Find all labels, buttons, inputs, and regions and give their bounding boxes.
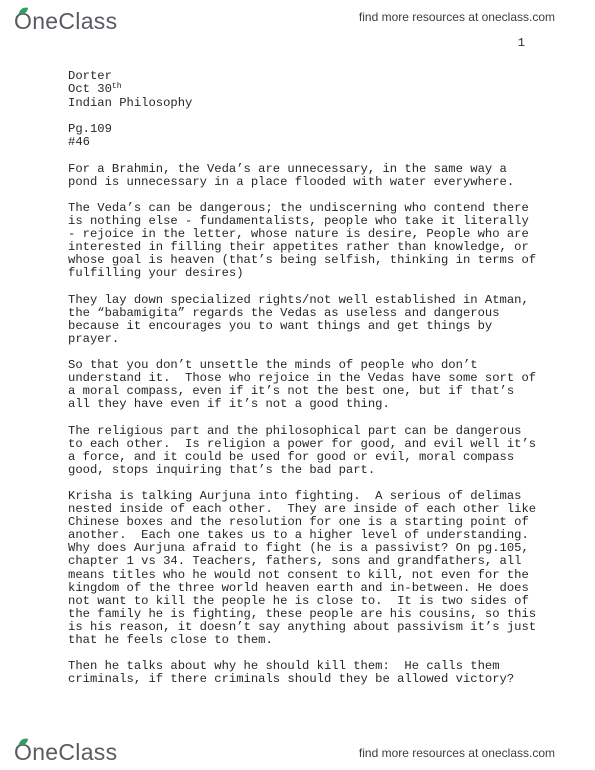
note-paragraph: The Veda’s can be dangerous; the undisce… (68, 202, 588, 281)
note-reference: Pg.109 #46 (68, 123, 588, 149)
note-content: Dorter Oct 30th Indian Philosophy Pg.109… (68, 70, 588, 700)
note-paragraph: For a Brahmin, the Veda’s are unnecessar… (68, 163, 588, 189)
note-paragraph: So that you don’t unsettle the minds of … (68, 359, 588, 411)
course-line: Indian Philosophy (68, 97, 588, 110)
oneclass-logo-text: OneClass (14, 739, 117, 765)
oneclass-logo-footer: OneClass (14, 738, 117, 766)
note-paragraphs: For a Brahmin, the Veda’s are unnecessar… (68, 163, 588, 687)
note-paragraph: Then he talks about why he should kill t… (68, 660, 588, 686)
leaf-icon (18, 2, 30, 14)
page-ref-line: Pg.109 (68, 123, 588, 136)
date-text: Oct 30 (68, 82, 112, 96)
oneclass-logo: OneClass (14, 7, 117, 35)
date-ordinal-suffix: th (112, 82, 122, 91)
oneclass-logo-text: OneClass (14, 8, 117, 34)
author-line: Dorter (68, 70, 588, 83)
date-line: Oct 30th (68, 83, 588, 97)
page-number: 1 (518, 36, 525, 50)
note-meta: Dorter Oct 30th Indian Philosophy (68, 70, 588, 110)
note-paragraph: The religious part and the philosophical… (68, 425, 588, 477)
note-paragraph: They lay down specialized rights/not wel… (68, 294, 588, 346)
find-resources-link[interactable]: find more resources at oneclass.com (359, 10, 555, 24)
find-resources-link-footer[interactable]: find more resources at oneclass.com (359, 746, 555, 760)
document-page: OneClass find more resources at oneclass… (0, 0, 595, 770)
leaf-icon (18, 733, 30, 745)
item-ref-line: #46 (68, 136, 588, 149)
note-paragraph: Krisha is talking Aurjuna into fighting.… (68, 490, 588, 647)
